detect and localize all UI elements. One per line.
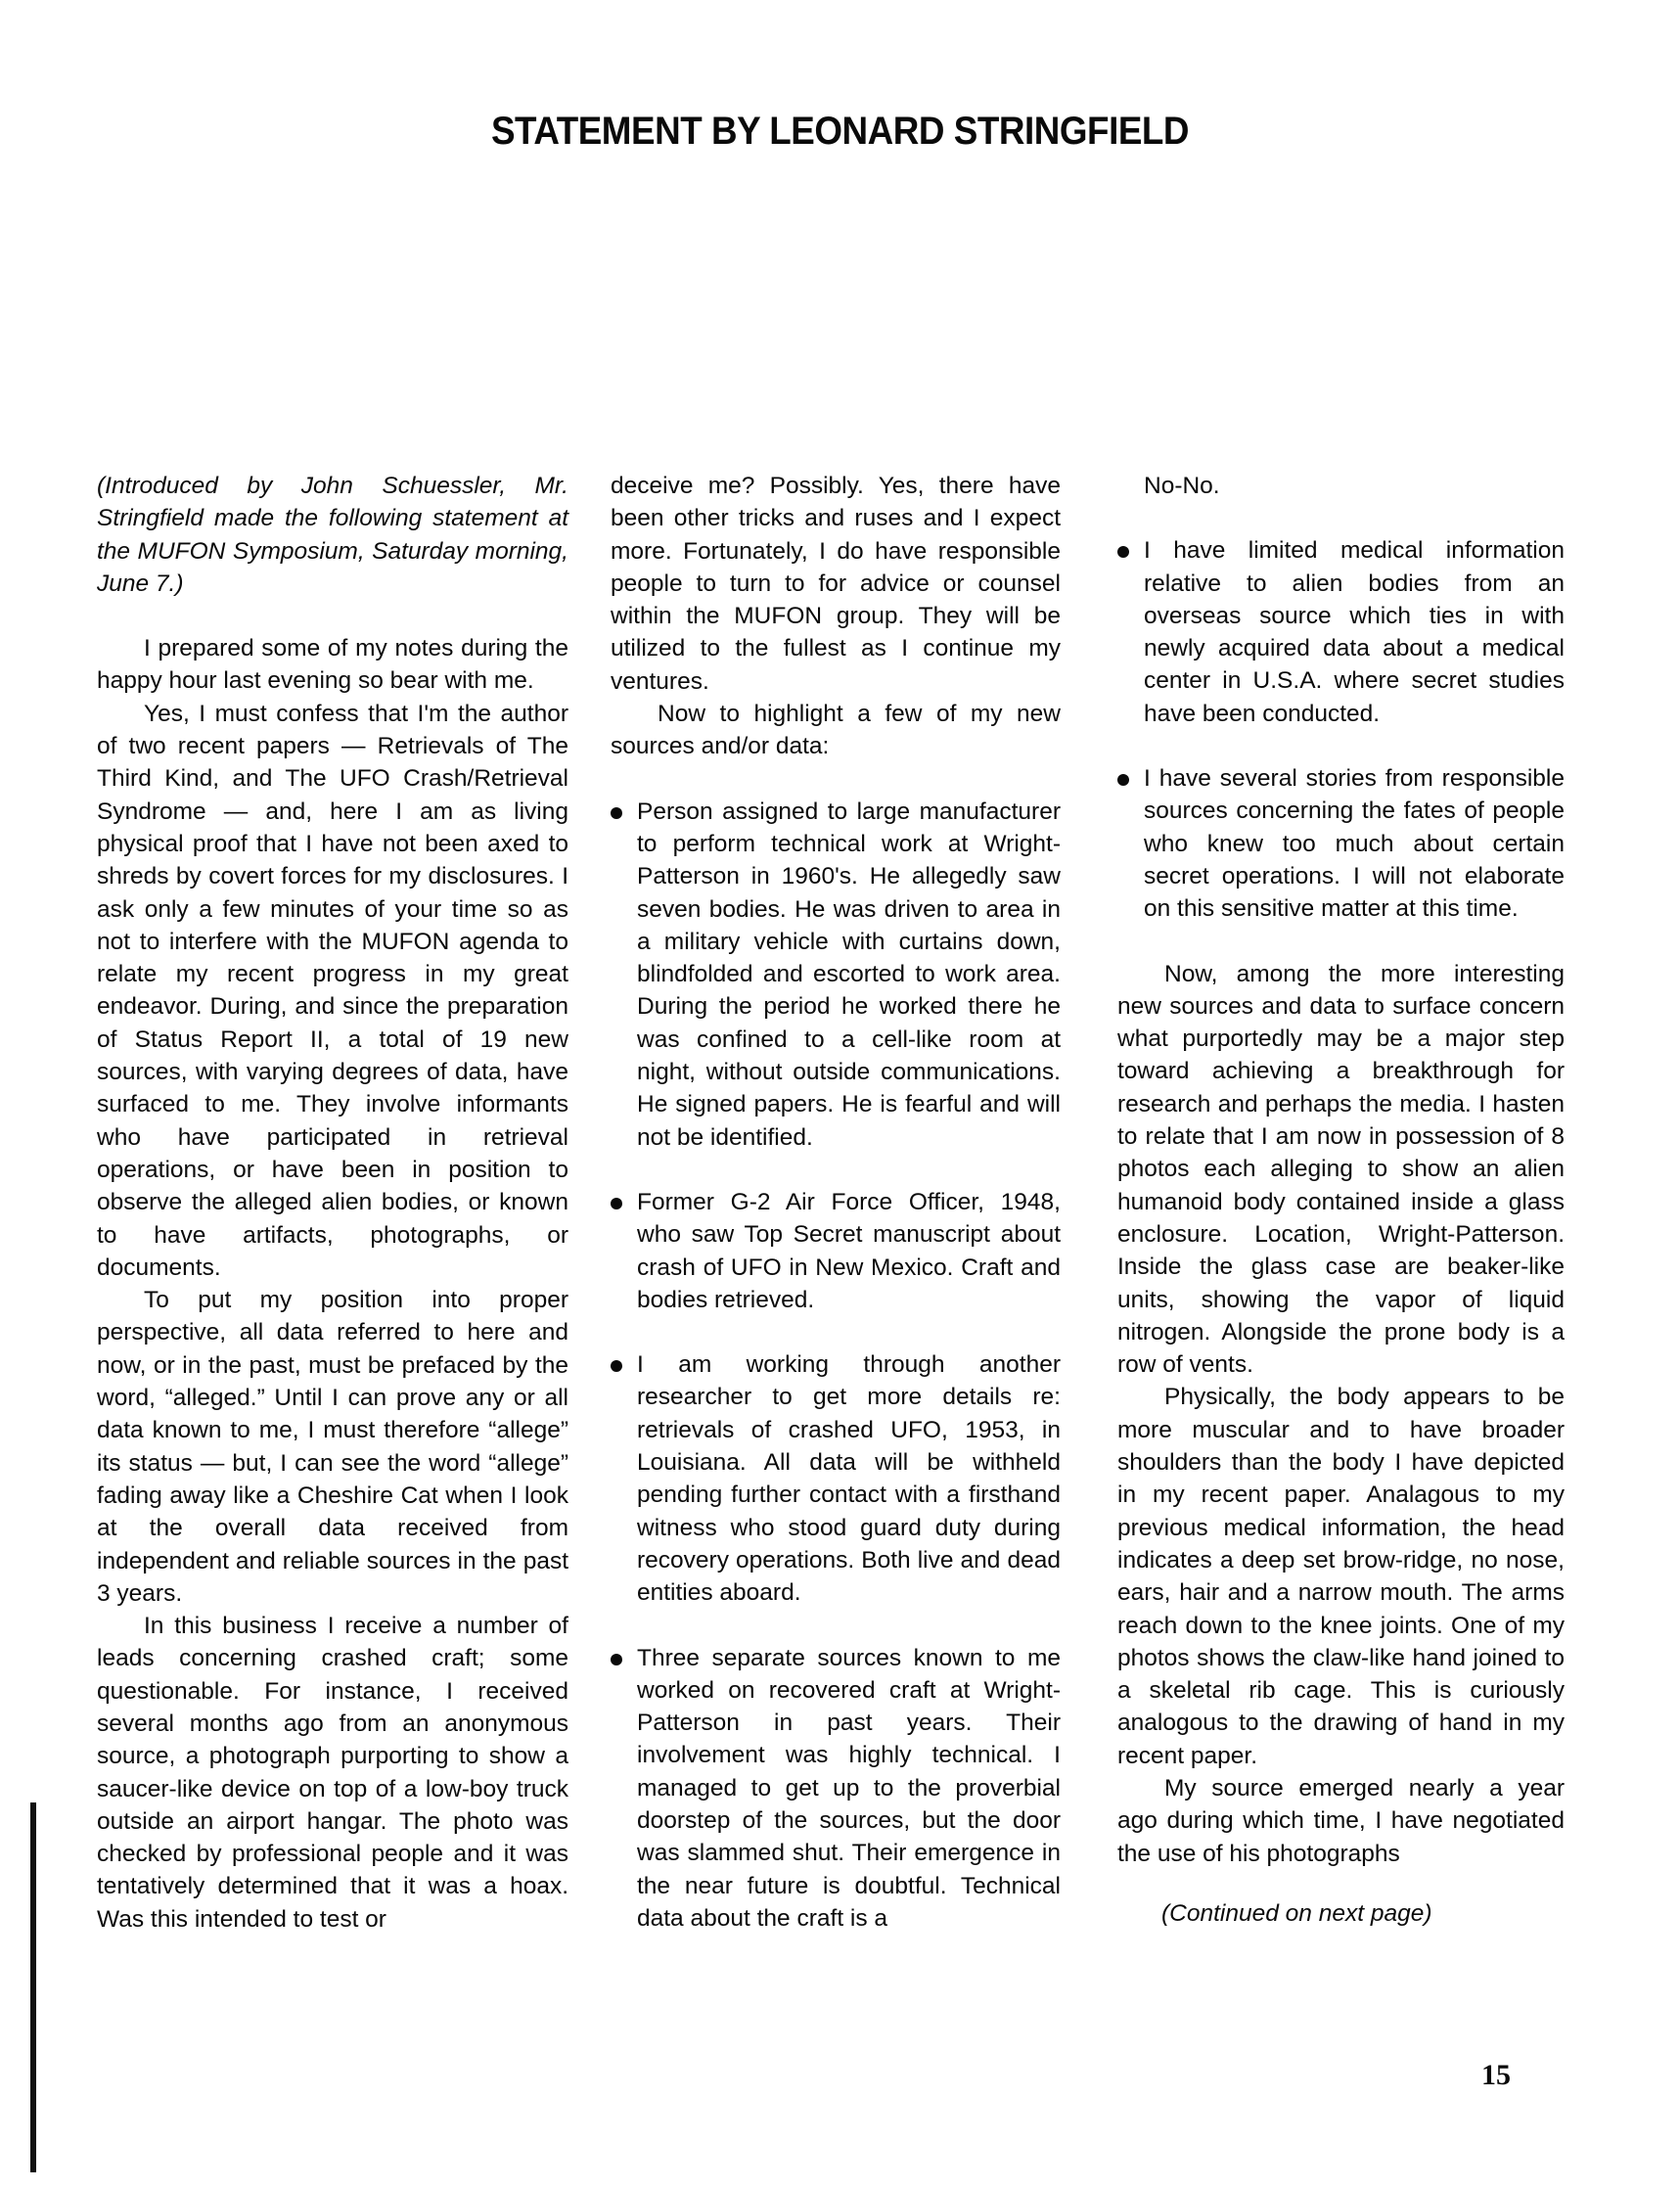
paragraph: deceive me? Possibly. Yes, there have be… bbox=[611, 470, 1061, 698]
column-3: No-No. I have limited medical informatio… bbox=[1117, 470, 1565, 1930]
bullet-icon bbox=[1117, 774, 1129, 786]
bullet-icon bbox=[611, 1654, 622, 1665]
paragraph: I prepared some of my notes during the h… bbox=[97, 632, 568, 698]
page-title: STATEMENT BY LEONARD STRINGFIELD bbox=[68, 110, 1613, 154]
list-item: Person assigned to large manufacturer to… bbox=[611, 796, 1061, 1154]
bullet-icon bbox=[611, 807, 622, 819]
list-item-text: Person assigned to large manufacturer to… bbox=[637, 798, 1061, 1151]
list-item-text: I have limited medical information relat… bbox=[1144, 537, 1565, 726]
paragraph: My source emerged nearly a year ago duri… bbox=[1117, 1772, 1565, 1870]
list-item: I have limited medical information relat… bbox=[1117, 534, 1565, 730]
list-item-text: Former G-2 Air Force Officer, 1948, who … bbox=[637, 1189, 1061, 1313]
page-number: 15 bbox=[1481, 2059, 1511, 2092]
binding-edge-mark bbox=[30, 1802, 36, 2172]
paragraph: Physically, the body appears to be more … bbox=[1117, 1381, 1565, 1772]
paragraph: To put my position into proper perspecti… bbox=[97, 1284, 568, 1610]
list-item-text: I have several stories from responsible … bbox=[1144, 765, 1565, 922]
paragraph: In this business I receive a number of l… bbox=[97, 1610, 568, 1936]
list-item: I am working through another researcher … bbox=[611, 1348, 1061, 1609]
paragraph: Now to highlight a few of my new sources… bbox=[611, 698, 1061, 763]
continuation-text: No-No. bbox=[1117, 470, 1565, 502]
column-2: deceive me? Possibly. Yes, there have be… bbox=[611, 470, 1061, 1935]
list-item-text: I am working through another researcher … bbox=[637, 1351, 1061, 1606]
continued-note: (Continued on next page) bbox=[1117, 1897, 1565, 1930]
column-1: (Introduced by John Schuessler, Mr. Stri… bbox=[97, 470, 568, 1936]
sources-list: Person assigned to large manufacturer to… bbox=[611, 796, 1061, 1936]
paragraph: Now, among the more interesting new sour… bbox=[1117, 958, 1565, 1382]
intro-note: (Introduced by John Schuessler, Mr. Stri… bbox=[97, 470, 568, 600]
sources-list-continued: I have limited medical information relat… bbox=[1117, 534, 1565, 925]
bullet-icon bbox=[1117, 546, 1129, 558]
list-item: Former G-2 Air Force Officer, 1948, who … bbox=[611, 1186, 1061, 1316]
list-item-text: Three separate sources known to me worke… bbox=[637, 1645, 1061, 1932]
paragraph: Yes, I must confess that I'm the author … bbox=[97, 698, 568, 1284]
list-item: I have several stories from responsible … bbox=[1117, 762, 1565, 925]
bullet-icon bbox=[611, 1198, 622, 1209]
bullet-icon bbox=[611, 1360, 622, 1372]
list-item: Three separate sources known to me worke… bbox=[611, 1642, 1061, 1936]
